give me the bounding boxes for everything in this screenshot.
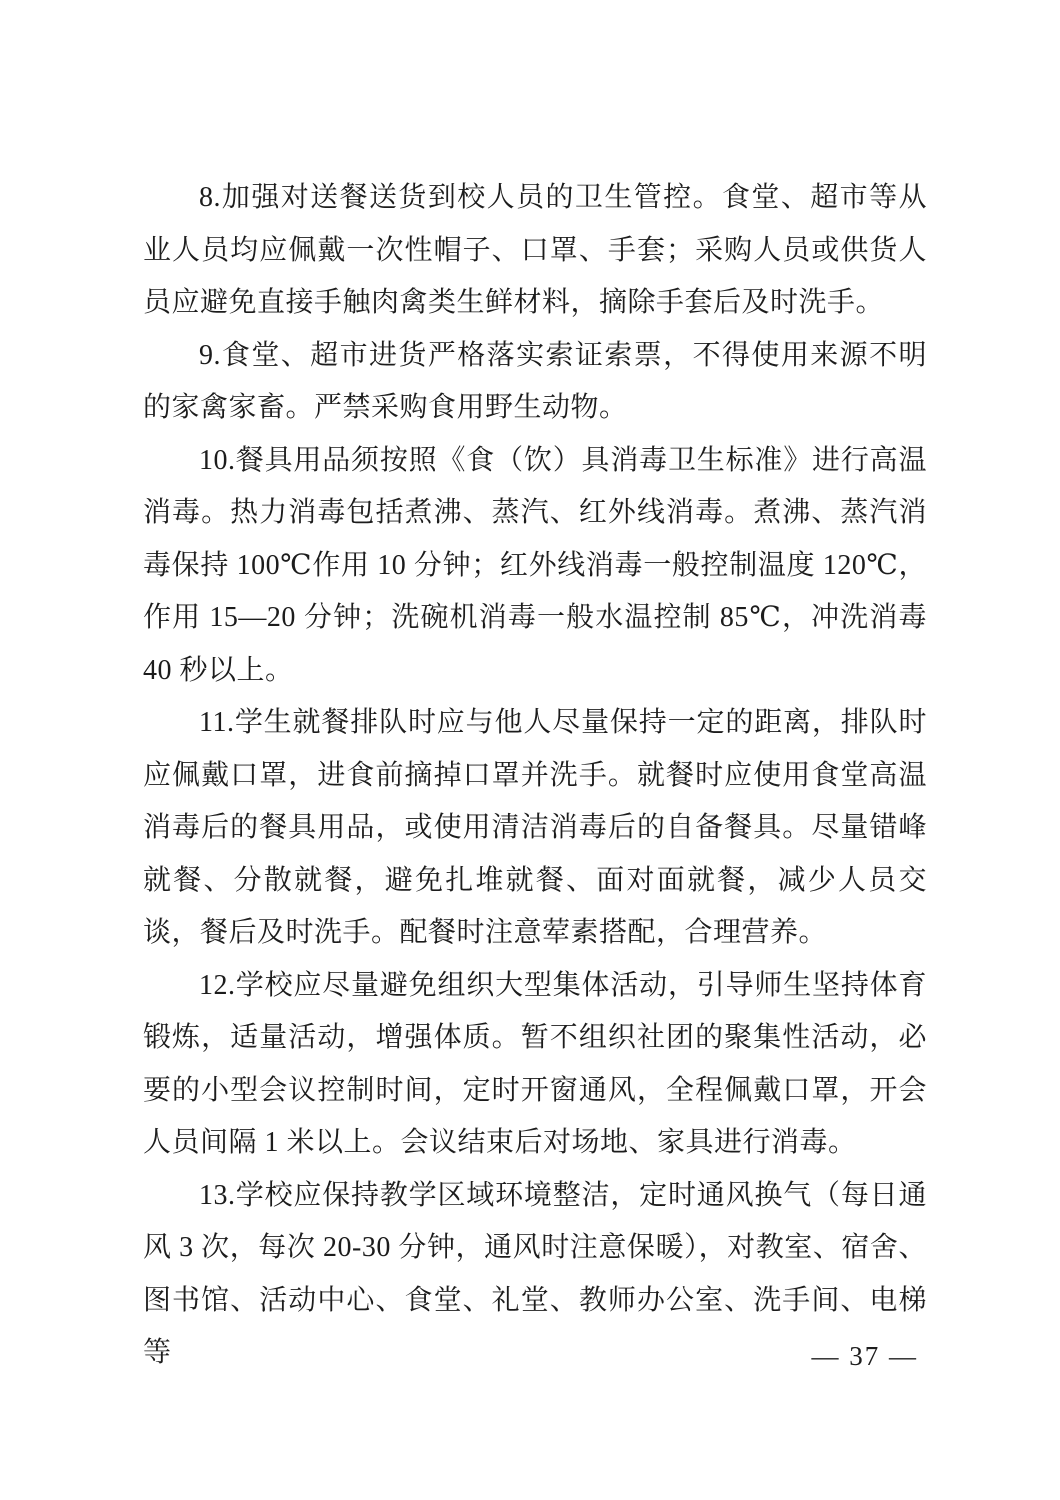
paragraph-9: 9.食堂、超市进货严格落实索证索票，不得使用来源不明的家禽家畜。严禁采购食用野生…: [143, 330, 927, 435]
paragraph-11: 11.学生就餐排队时应与他人尽量保持一定的距离，排队时应佩戴口罩，进食前摘掉口罩…: [143, 697, 927, 960]
paragraph-12: 12.学校应尽量避免组织大型集体活动，引导师生坚持体育锻炼，适量活动，增强体质。…: [143, 960, 927, 1170]
document-body: 8.加强对送餐送货到校人员的卫生管控。食堂、超市等从业人员均应佩戴一次性帽子、口…: [143, 172, 927, 1380]
paragraph-13: 13.学校应保持教学区域环境整洁，定时通风换气（每日通风 3 次，每次 20-3…: [143, 1170, 927, 1380]
paragraph-10: 10.餐具用品须按照《食（饮）具消毒卫生标准》进行高温消毒。热力消毒包括煮沸、蒸…: [143, 435, 927, 698]
paragraph-8: 8.加强对送餐送货到校人员的卫生管控。食堂、超市等从业人员均应佩戴一次性帽子、口…: [143, 172, 927, 330]
page-number: — 37 —: [812, 1336, 919, 1376]
document-page: 8.加强对送餐送货到校人员的卫生管控。食堂、超市等从业人员均应佩戴一次性帽子、口…: [0, 0, 1060, 1500]
